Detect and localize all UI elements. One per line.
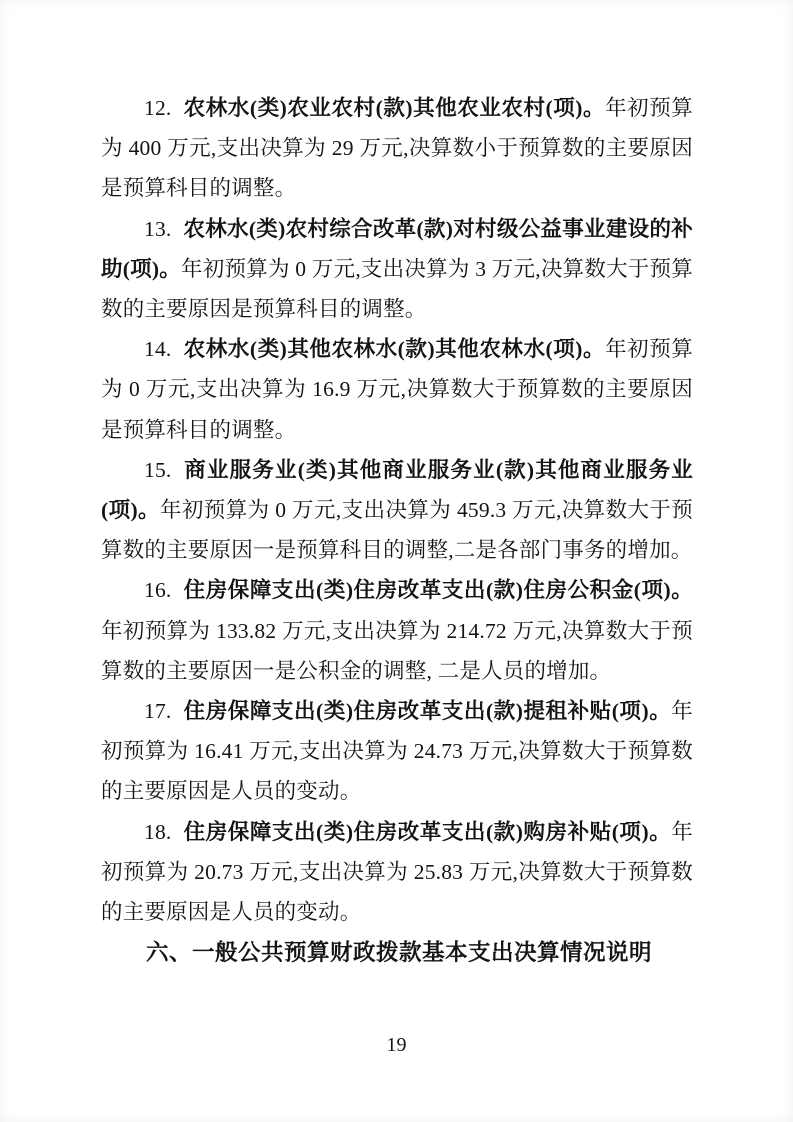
item-body: 年初预算为 0 万元,支出决算为 3 万元,决算数大于预算数的主要原因是预算科目…: [101, 257, 693, 321]
item-number: 12.: [144, 96, 171, 120]
paragraph-item-18: 18.住房保障支出(类)住房改革支出(款)购房补贴(项)。年初预算为 20.73…: [101, 812, 693, 933]
paragraph-item-16: 16.住房保障支出(类)住房改革支出(款)住房公积金(项)。年初预算为 133.…: [101, 570, 693, 691]
item-number: 17.: [144, 699, 171, 723]
item-body: 年初预算为 0 万元,支出决算为 459.3 万元,决算数大于预算数的主要原因一…: [101, 498, 693, 562]
item-body: 年初预算为 133.82 万元,支出决算为 214.72 万元,决算数大于预算数…: [101, 619, 693, 683]
item-number: 18.: [144, 820, 171, 844]
item-title: 住房保障支出(类)住房改革支出(款)住房公积金(项)。: [183, 578, 693, 602]
page-number: 19: [0, 1032, 793, 1058]
document-page: 12.农林水(类)农业农村(款)其他农业农村(项)。年初预算为 400 万元,支…: [0, 0, 793, 1122]
item-number: 16.: [144, 578, 171, 602]
item-title: 住房保障支出(类)住房改革支出(款)提租补贴(项)。: [183, 699, 671, 723]
item-number: 13.: [144, 217, 171, 241]
paragraph-item-17: 17.住房保障支出(类)住房改革支出(款)提租补贴(项)。年初预算为 16.41…: [101, 691, 693, 812]
item-title: 住房保障支出(类)住房改革支出(款)购房补贴(项)。: [183, 820, 671, 844]
paragraph-item-13: 13.农林水(类)农村综合改革(款)对村级公益事业建设的补助(项)。年初预算为 …: [101, 209, 693, 330]
paragraph-item-15: 15.商业服务业(类)其他商业服务业(款)其他商业服务业(项)。年初预算为 0 …: [101, 450, 693, 571]
item-title: 农林水(类)农业农村(款)其他农业农村(项)。: [183, 96, 605, 120]
section-heading: 六、一般公共预算财政拨款基本支出决算情况说明: [101, 933, 693, 973]
item-number: 14.: [144, 337, 171, 361]
page-content: 12.农林水(类)农业农村(款)其他农业农村(项)。年初预算为 400 万元,支…: [101, 88, 693, 973]
item-title: 农林水(类)其他农林水(款)其他农林水(项)。: [183, 337, 605, 361]
paragraph-item-12: 12.农林水(类)农业农村(款)其他农业农村(项)。年初预算为 400 万元,支…: [101, 88, 693, 209]
paragraph-item-14: 14.农林水(类)其他农林水(款)其他农林水(项)。年初预算为 0 万元,支出决…: [101, 329, 693, 450]
item-number: 15.: [144, 458, 171, 482]
